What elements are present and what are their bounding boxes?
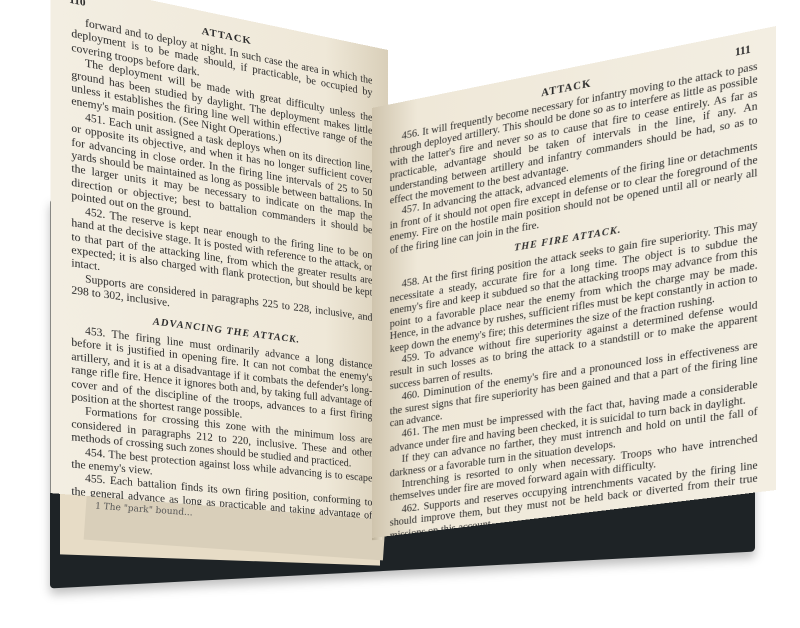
open-book-photo: 1 The "park" bound... 110 ATTACK forward… — [0, 0, 800, 628]
left-page-text: forward and to deploy at night. In such … — [51, 11, 388, 520]
right-page-text: 456. It will frequently become necessary… — [372, 57, 776, 538]
left-page: 110 ATTACK forward and to deploy at nigh… — [51, 0, 388, 520]
right-page: 111 ATTACK 456. It will frequently becom… — [372, 26, 776, 538]
